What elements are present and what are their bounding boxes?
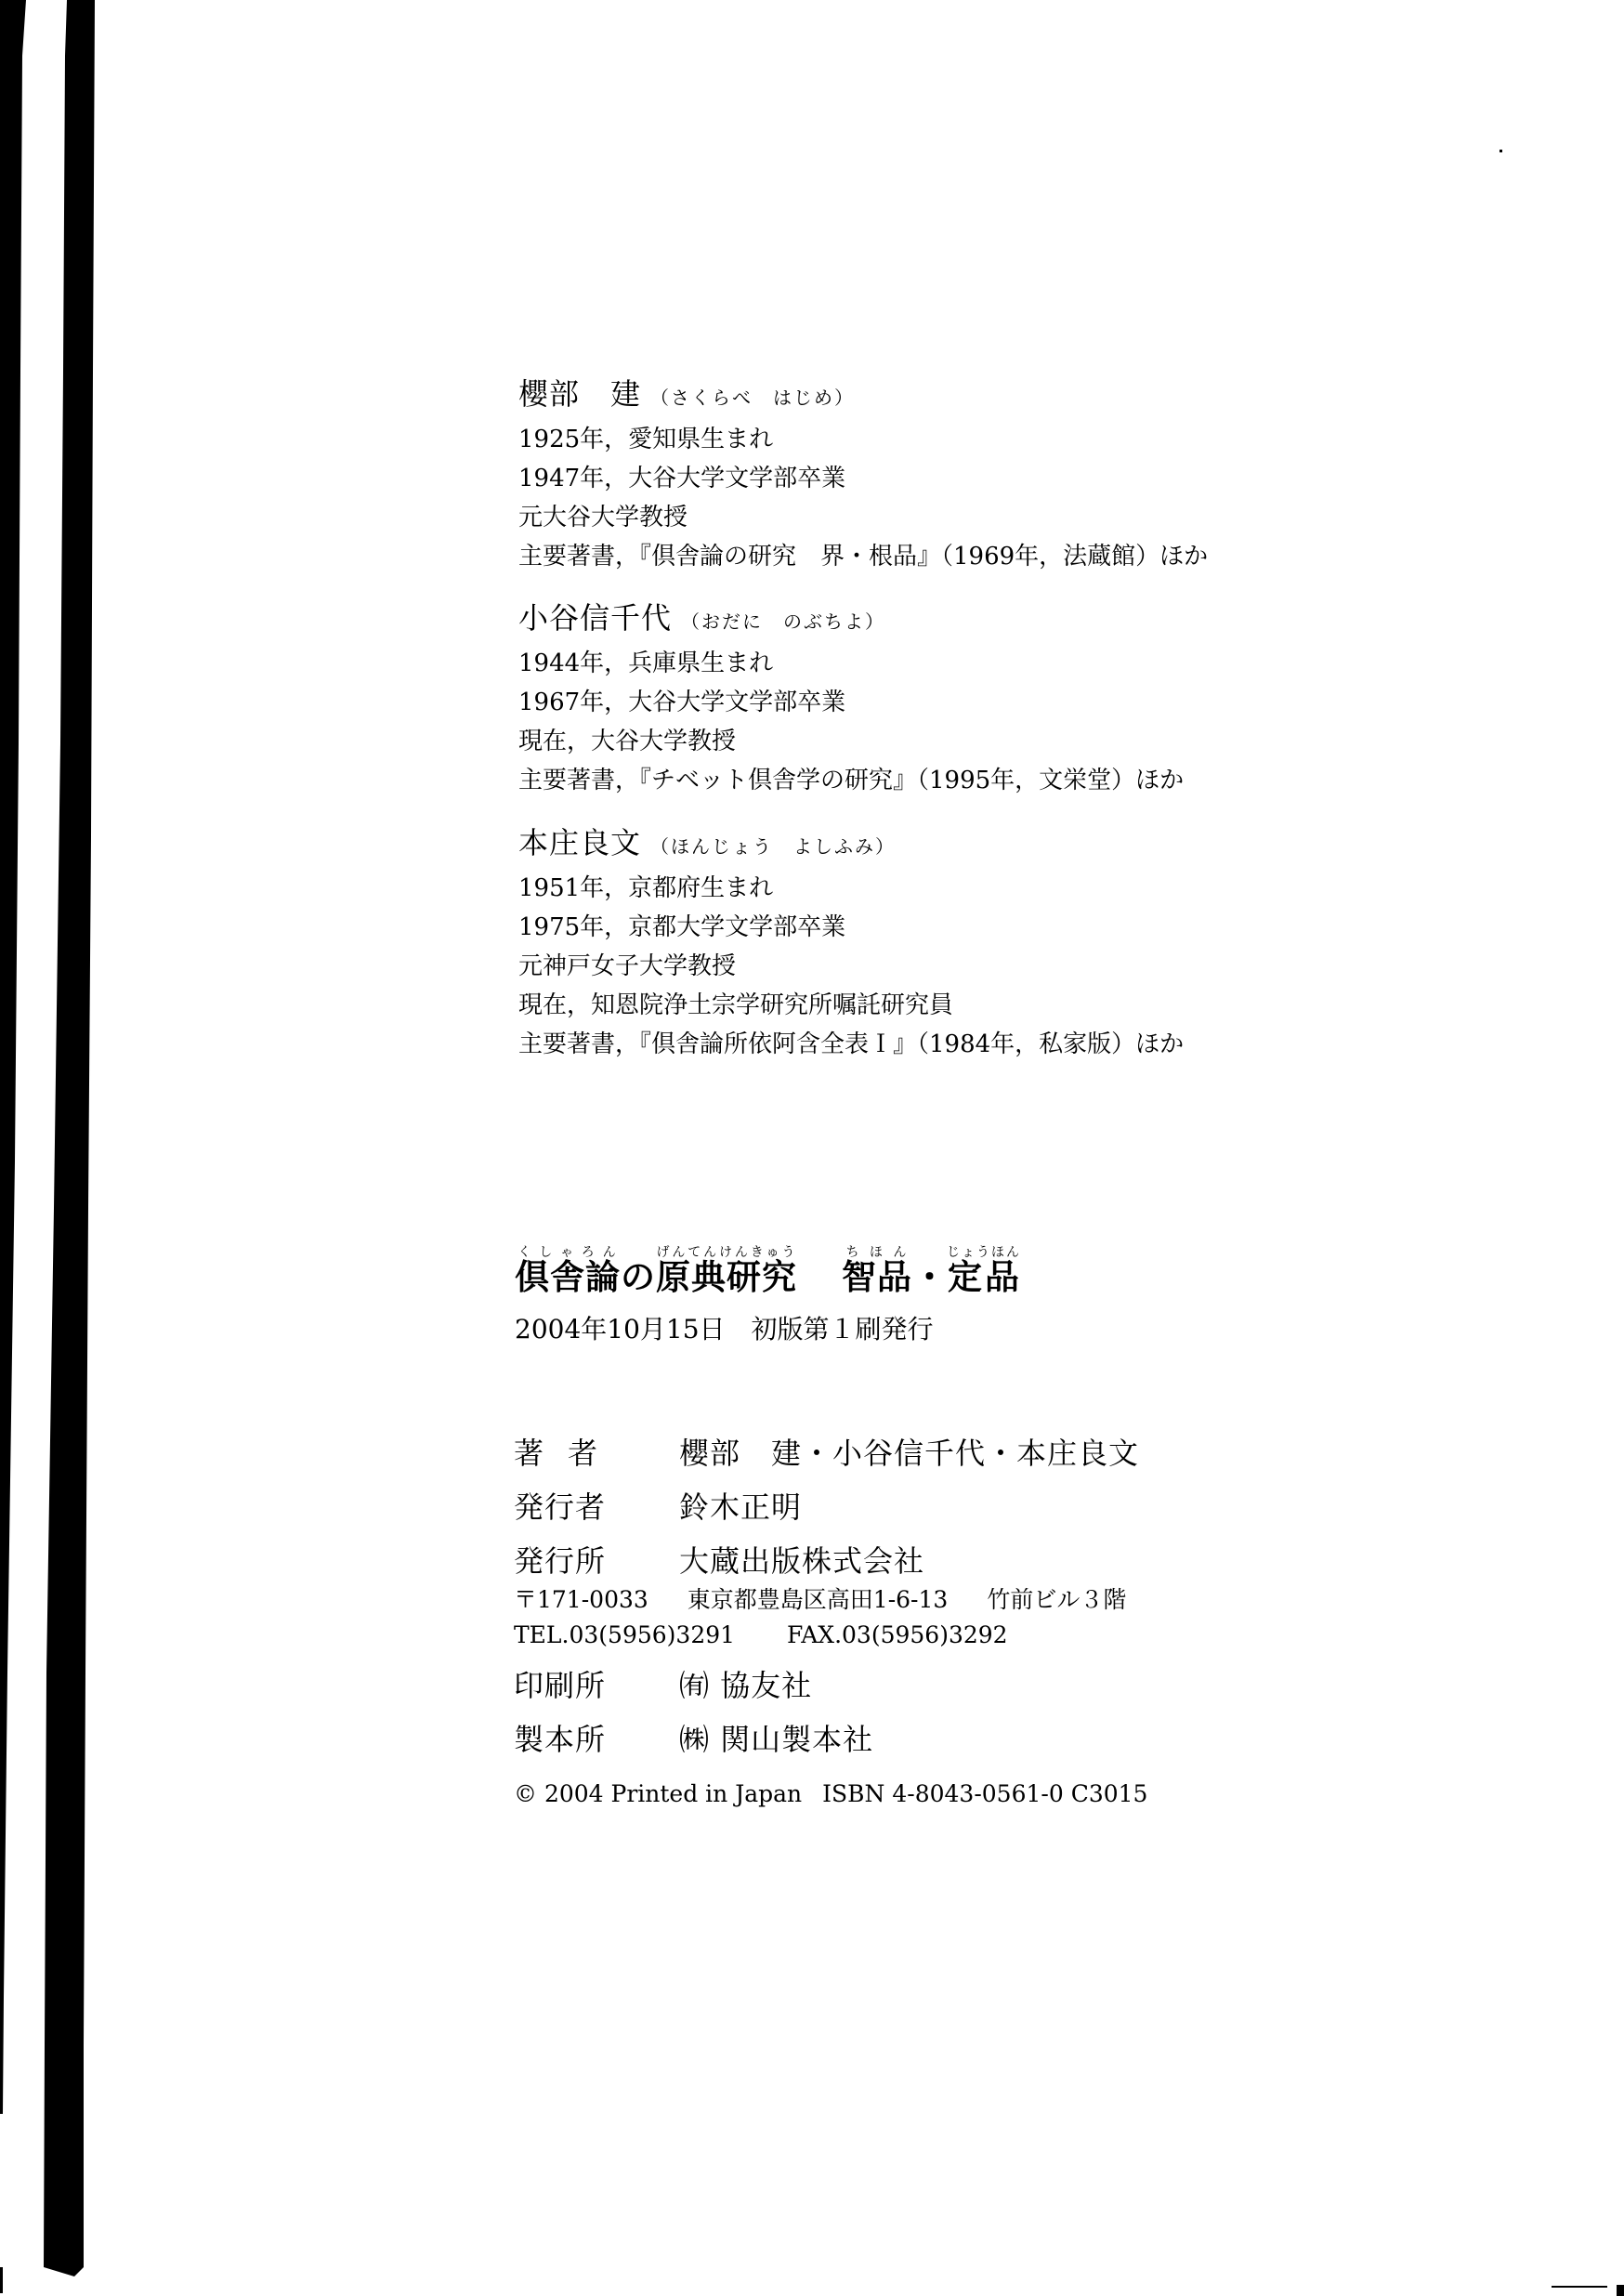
subtitle-ruby: 智品ちほん [842, 1257, 912, 1297]
colophon-label: 発行者 [514, 1480, 679, 1534]
bio-line: 現在，大谷大学教授 [518, 722, 1184, 761]
colophon-value: 櫻部 建・小谷信千代・本庄良文 [679, 1426, 1139, 1480]
author-name: 本庄良文（ほんじょう よしふみ） [518, 824, 1184, 861]
author-bio: 本庄良文（ほんじょう よしふみ） 1951年，京都府生まれ 1975年，京都大学… [518, 824, 1184, 1064]
colophon-label: 製本所 [514, 1712, 679, 1766]
bio-line: 1951年，京都府生まれ [518, 869, 1184, 908]
author-name: 櫻部 建（さくらべ はじめ） [518, 375, 1208, 413]
author-reading: （さくらべ はじめ） [650, 387, 855, 409]
colophon-row-printer: 印刷所 ㈲ 協友社 [514, 1659, 1147, 1712]
author-bio: 櫻部 建（さくらべ はじめ） 1925年，愛知県生まれ 1947年，大谷大学文学… [518, 375, 1208, 576]
author-name-text: 本庄良文 [518, 825, 641, 860]
bio-line: 元大谷大学教授 [518, 498, 1208, 537]
colophon-value: 大蔵出版株式会社 [679, 1534, 924, 1588]
building: 竹前ビル３階 [987, 1586, 1126, 1613]
author-name: 小谷信千代（おだに のぶちよ） [518, 599, 1184, 636]
bio-line: 元神戸女子大学教授 [518, 947, 1184, 986]
colophon-label: 著者 [514, 1426, 679, 1480]
book-title-block: 倶舎論くしゃろんの原典研究げんてんけんきゅう智品ちほん・定品じょうほん 2004… [515, 1245, 1021, 1348]
colophon-label: 発行所 [514, 1534, 679, 1588]
title-ruby: 倶舎論くしゃろん [515, 1257, 621, 1297]
author-reading: （おだに のぶちよ） [681, 610, 885, 633]
bio-line: 1975年，京都大学文学部卒業 [518, 908, 1184, 947]
author-bio: 小谷信千代（おだに のぶちよ） 1944年，兵庫県生まれ 1967年，大谷大学文… [518, 599, 1184, 800]
bio-line: 現在，知恩院浄土宗学研究所嘱託研究員 [518, 986, 1184, 1025]
colophon-page: 櫻部 建（さくらべ はじめ） 1925年，愛知県生まれ 1947年，大谷大学文学… [0, 0, 1624, 2296]
bio-line: 1944年，兵庫県生まれ [518, 644, 1184, 683]
subtitle-ruby: 定品じょうほん [948, 1257, 1021, 1297]
isbn: ISBN 4-8043-0561-0 C3015 [822, 1780, 1147, 1807]
title-particle: の [621, 1257, 656, 1297]
colophon-value: ㈲ 協友社 [679, 1659, 812, 1712]
bio-line: 主要著書，『倶舎論の研究 界・根品』（1969年，法蔵館）ほか [518, 537, 1208, 576]
subtitle-separator: ・ [912, 1257, 948, 1297]
fax: FAX.03(5956)3292 [787, 1621, 1008, 1648]
colophon-row-author: 著者 櫻部 建・小谷信千代・本庄良文 [514, 1426, 1147, 1480]
street-address: 東京都豊島区高田1-6-13 [688, 1586, 949, 1613]
title-ruby: 原典研究げんてんけんきゅう [656, 1257, 797, 1297]
author-reading: （ほんじょう よしふみ） [650, 835, 896, 858]
edition-date: 2004年10月15日 初版第１刷発行 [515, 1311, 1021, 1348]
bio-line: 1967年，大谷大学文学部卒業 [518, 683, 1184, 722]
author-name-text: 櫻部 建 [518, 376, 641, 412]
colophon-row-issuer: 発行者 鈴木正明 [514, 1480, 1147, 1534]
colophon-row-publisher: 発行所 大蔵出版株式会社 [514, 1534, 1147, 1588]
colophon-row-binder: 製本所 ㈱ 関山製本社 [514, 1712, 1147, 1766]
bio-line: 1947年，大谷大学文学部卒業 [518, 459, 1208, 498]
colophon-label: 印刷所 [514, 1659, 679, 1712]
author-name-text: 小谷信千代 [518, 600, 672, 636]
bio-line: 主要著書，『チベット倶舎学の研究』（1995年，文栄堂）ほか [518, 761, 1184, 800]
bio-line: 主要著書，『倶舎論所依阿含全表Ｉ』（1984年，私家版）ほか [518, 1025, 1184, 1064]
book-title: 倶舎論くしゃろんの原典研究げんてんけんきゅう智品ちほん・定品じょうほん [515, 1245, 1021, 1298]
copyright-notice: © 2004 Printed in Japan [514, 1780, 802, 1807]
telephone: TEL.03(5956)3291 [514, 1621, 735, 1648]
colophon-value: ㈱ 関山製本社 [679, 1712, 873, 1766]
colophon-table: 著者 櫻部 建・小谷信千代・本庄良文 発行者 鈴木正明 発行所 大蔵出版株式会社… [514, 1426, 1147, 1813]
colophon-value: 鈴木正明 [679, 1480, 802, 1534]
copyright-line: © 2004 Printed in JapanISBN 4-8043-0561-… [514, 1776, 1147, 1813]
postal-code: 〒171-0033 [514, 1586, 648, 1613]
bio-line: 1925年，愛知県生まれ [518, 420, 1208, 459]
publisher-address: 〒171-0033東京都豊島区高田1-6-13竹前ビル３階 TEL.03(595… [514, 1582, 1147, 1653]
